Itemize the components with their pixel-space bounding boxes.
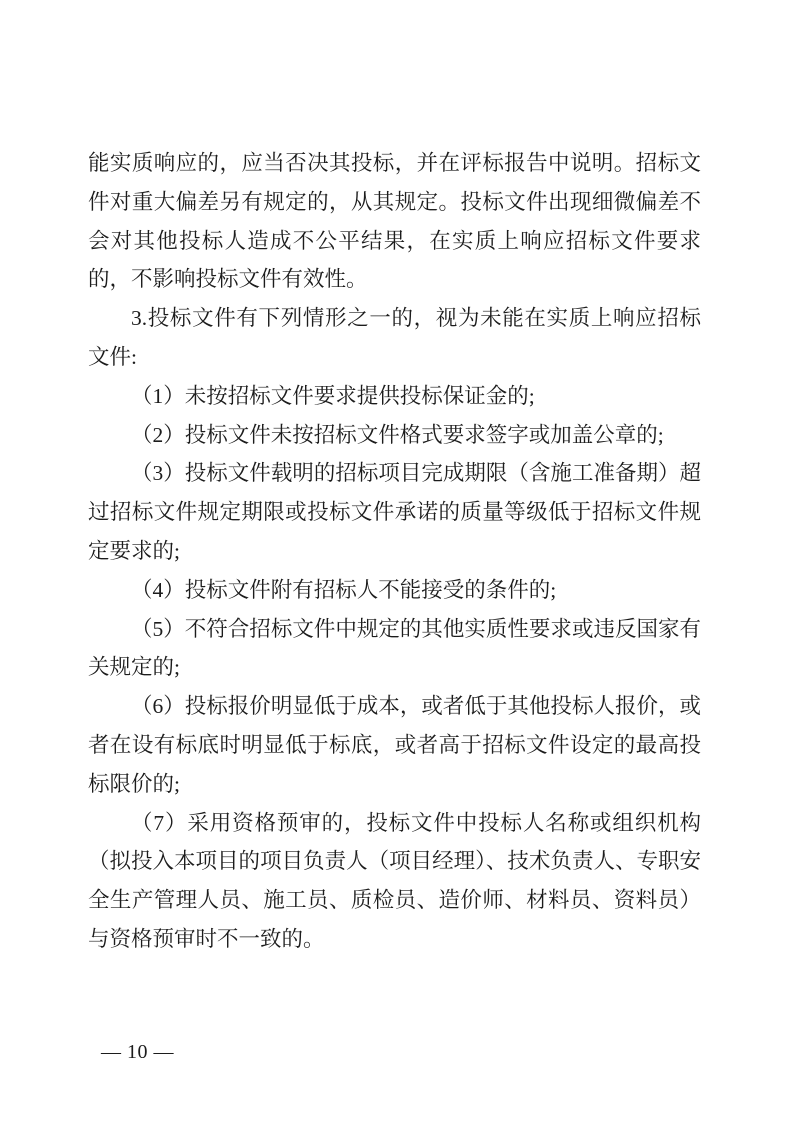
document-body: 能实质响应的，应当否决其投标，并在评标报告中说明。招标文件对重大偏差另有规定的，… [88, 144, 701, 959]
paragraph-clause-3: 3.投标文件有下列情形之一的，视为未能在实质上响应招标文件: [88, 299, 701, 377]
document-page: 能实质响应的，应当否决其投标，并在评标报告中说明。招标文件对重大偏差另有规定的，… [0, 0, 793, 1122]
paragraph-continuation: 能实质响应的，应当否决其投标，并在评标报告中说明。招标文件对重大偏差另有规定的，… [88, 144, 701, 299]
list-item-6: （6）投标报价明显低于成本，或者低于其他投标人报价，或者在设有标底时明显低于标底… [88, 687, 701, 803]
list-item-3: （3）投标文件载明的招标项目完成期限（含施工准备期）超过招标文件规定期限或投标文… [88, 454, 701, 570]
page-number: — 10 — [101, 1041, 174, 1064]
list-item-1: （1）未按招标文件要求提供投标保证金的; [88, 377, 701, 416]
list-item-5: （5）不符合招标文件中规定的其他实质性要求或违反国家有关规定的; [88, 610, 701, 688]
list-item-4: （4）投标文件附有招标人不能接受的条件的; [88, 571, 701, 610]
list-item-7: （7）采用资格预审的，投标文件中投标人名称或组织机构（拟投入本项目的项目负责人（… [88, 804, 701, 959]
list-item-2: （2）投标文件未按招标文件格式要求签字或加盖公章的; [88, 416, 701, 455]
